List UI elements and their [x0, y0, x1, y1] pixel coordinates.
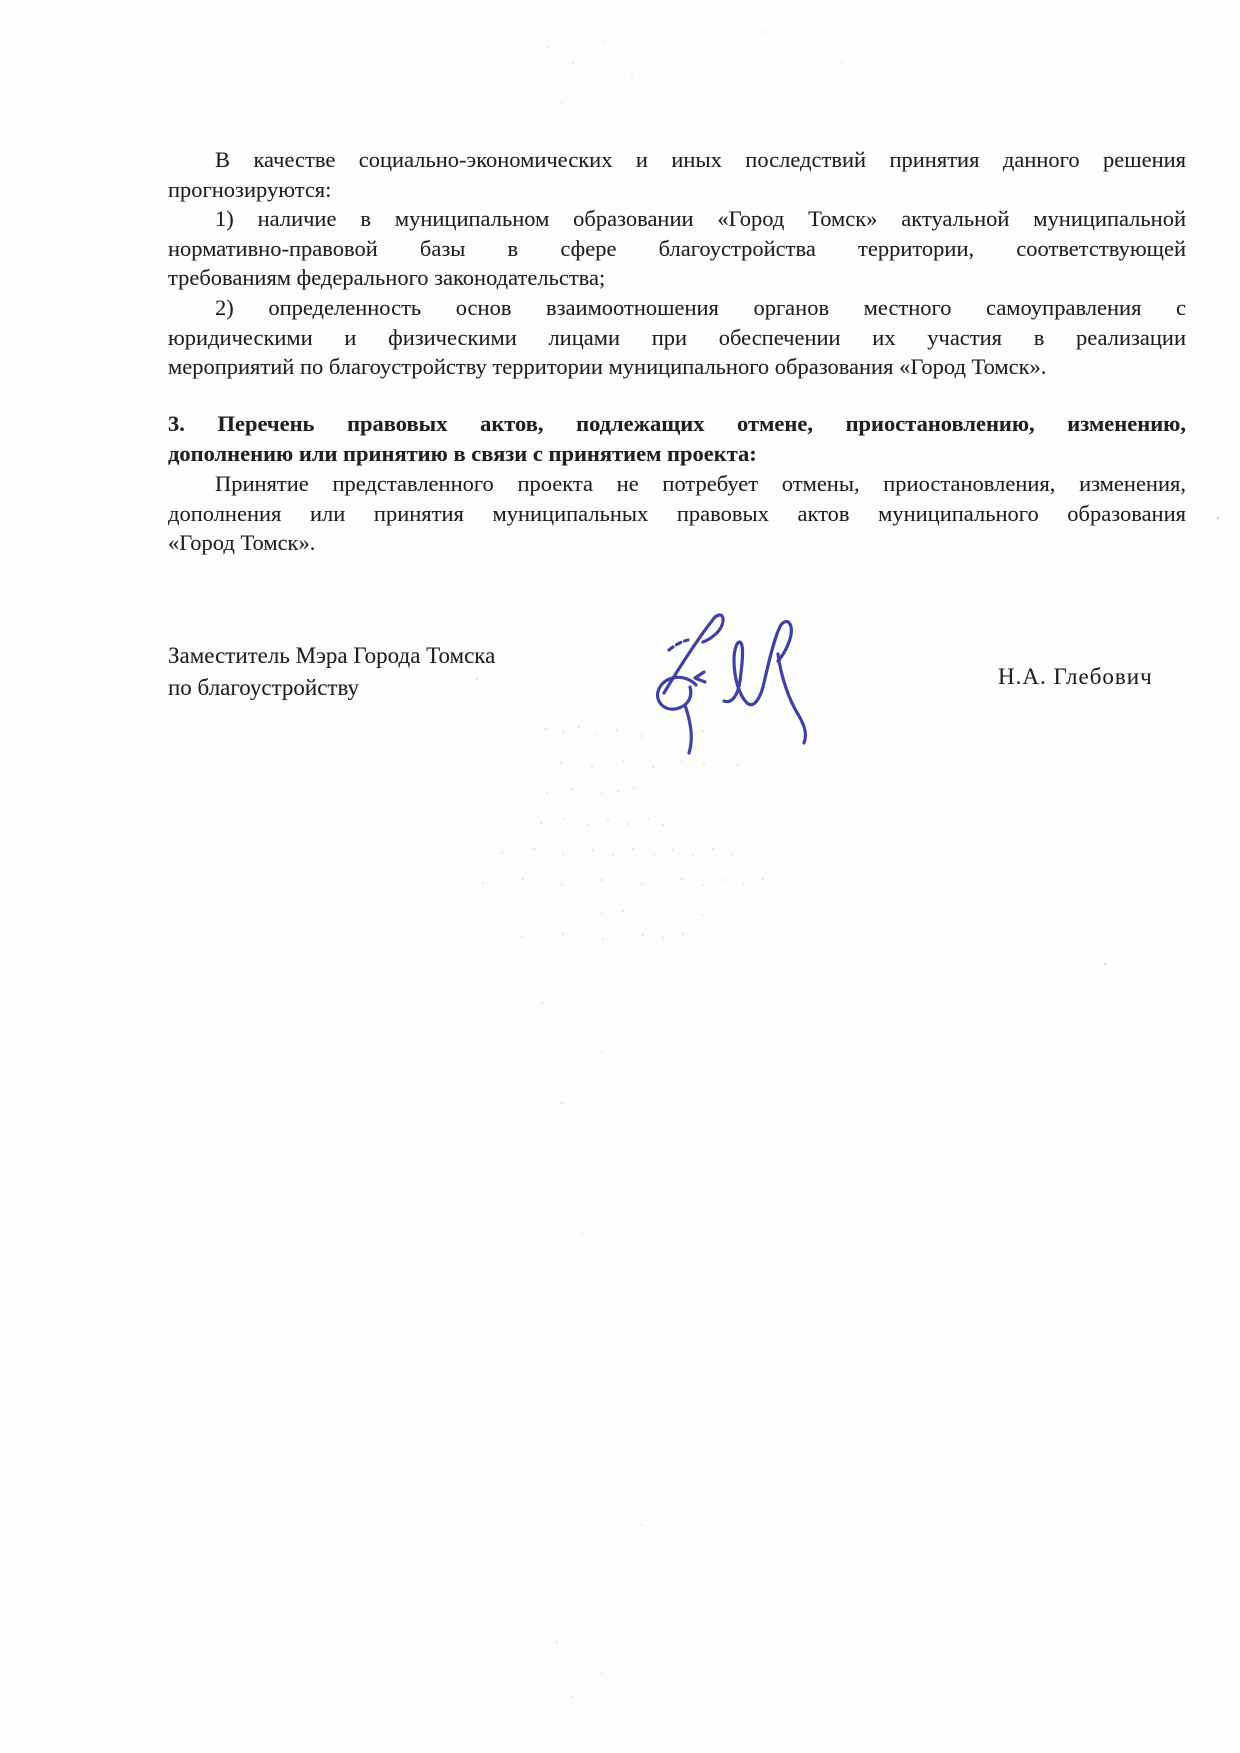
paragraph-line: дополнения или принятия муниципальных пр… [168, 499, 1186, 529]
heading-line: 3. Перечень правовых актов, подлежащих о… [168, 409, 1186, 439]
body-paragraphs: В качестве социально-экономических и ины… [168, 145, 1186, 382]
paragraph-line: 2) определенность основ взаимоотношения … [168, 293, 1186, 323]
scan-noise [0, 0, 2, 2]
paragraph-line: юридическими и физическими лицами при об… [168, 323, 1186, 353]
paragraph-line: «Город Томск». [168, 528, 1186, 558]
document-page: В качестве социально-экономических и ины… [0, 0, 1240, 1753]
body-paragraph: Принятие представленного проекта не потр… [168, 469, 1186, 558]
handwritten-signature-icon [640, 603, 820, 761]
paragraph-line: требованиям федерального законодательств… [168, 263, 1186, 293]
heading-line: дополнению или принятию в связи с принят… [168, 439, 1186, 469]
signatory-title-line1: Заместитель Мэра Города Томска [168, 640, 495, 672]
paragraph-line: прогнозируются: [168, 175, 1186, 205]
paragraph-line: мероприятий по благоустройству территори… [168, 352, 1186, 382]
paragraph-line: Принятие представленного проекта не потр… [168, 469, 1186, 499]
paragraph-line: В качестве социально-экономических и ины… [168, 145, 1186, 175]
signatory-title-line2: по благоустройству [168, 672, 495, 704]
paragraph-line: 1) наличие в муниципальном образовании «… [168, 204, 1186, 234]
signatory-title: Заместитель Мэра Города Томска по благоу… [168, 640, 495, 704]
paragraph-line: нормативно-правовой базы в сфере благоус… [168, 234, 1186, 264]
section-heading: 3. Перечень правовых актов, подлежащих о… [168, 409, 1186, 468]
signatory-name: Н.А. Глебович [998, 664, 1153, 690]
